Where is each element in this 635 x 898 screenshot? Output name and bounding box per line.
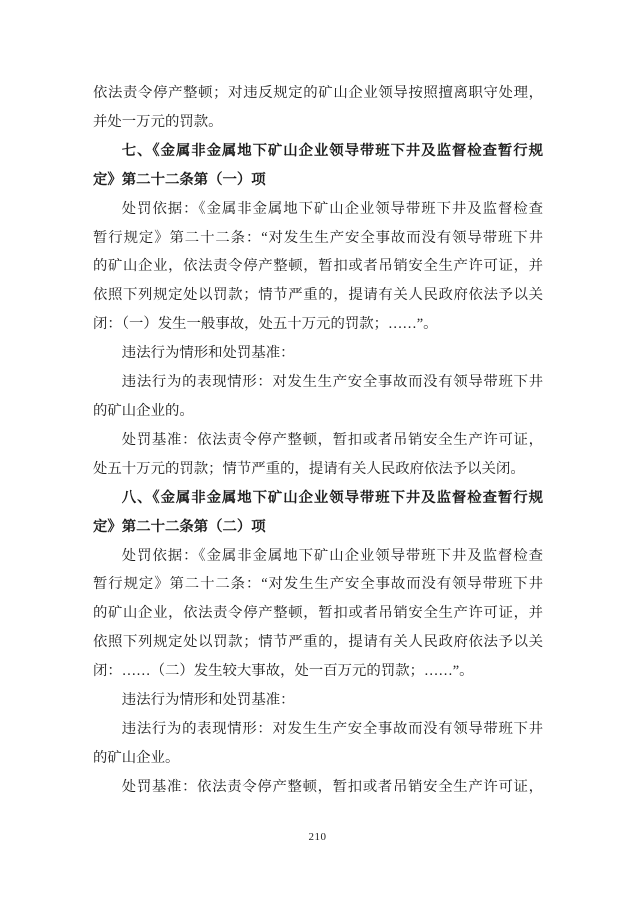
body-line: 闭：……（二）发生较大事故，处一百万元的罚款；……”。 <box>93 657 543 686</box>
body-line: 处罚依据：《金属非金属地下矿山企业领导带班下井及监督检查 <box>93 542 543 571</box>
body-line: 暂行规定》第二十二条：“对发生生产安全事故而没有领导带班下井 <box>93 224 543 253</box>
paragraph: 处罚基准：依法责令停产整顿，暂扣或者吊销安全生产许可证，处五十万元的罚款；情节严… <box>93 426 543 484</box>
body-line: 违法行为情形和处罚基准： <box>93 686 543 715</box>
paragraph: 处罚依据：《金属非金属地下矿山企业领导带班下井及监督检查暂行规定》第二十二条：“… <box>93 195 543 340</box>
paragraph: 处罚依据：《金属非金属地下矿山企业领导带班下井及监督检查暂行规定》第二十二条：“… <box>93 542 543 687</box>
paragraph: 违法行为的表现情形：对发生生产安全事故而没有领导带班下井的矿山企业的。 <box>93 368 543 426</box>
paragraph: 违法行为情形和处罚基准： <box>93 339 543 368</box>
body-line: 的矿山企业。 <box>93 744 543 773</box>
body-line: 依法责令停产整顿；对违反规定的矿山企业领导按照擅离职守处理， <box>93 79 543 108</box>
page-footer: 210 <box>0 827 635 845</box>
body-line: 处罚基准：依法责令停产整顿，暂扣或者吊销安全生产许可证， <box>93 773 543 802</box>
body-line: 处罚依据：《金属非金属地下矿山企业领导带班下井及监督检查 <box>93 195 543 224</box>
heading-line: 定》第二十二条第（一）项 <box>93 166 543 195</box>
body-line: 处罚基准：依法责令停产整顿，暂扣或者吊销安全生产许可证， <box>93 426 543 455</box>
document-page: 依法责令停产整顿；对违反规定的矿山企业领导按照擅离职守处理，并处一万元的罚款。七… <box>0 0 635 898</box>
body-line: 暂行规定》第二十二条：“对发生生产安全事故而没有领导带班下井 <box>93 570 543 599</box>
heading-line: 八、《金属非金属地下矿山企业领导带班下井及监督检查暂行规 <box>93 484 543 513</box>
body-line: 处五十万元的罚款；情节严重的，提请有关人民政府依法予以关闭。 <box>93 455 543 484</box>
paragraph: 违法行为的表现情形：对发生生产安全事故而没有领导带班下井的矿山企业。 <box>93 715 543 773</box>
page-number: 210 <box>309 831 327 843</box>
paragraph: 违法行为情形和处罚基准： <box>93 686 543 715</box>
body-line: 闭：（一）发生一般事故，处五十万元的罚款；……”。 <box>93 310 543 339</box>
body-line: 并处一万元的罚款。 <box>93 108 543 137</box>
heading-line: 七、《金属非金属地下矿山企业领导带班下井及监督检查暂行规 <box>93 137 543 166</box>
body-line: 的矿山企业的。 <box>93 397 543 426</box>
body-line: 违法行为的表现情形：对发生生产安全事故而没有领导带班下井 <box>93 368 543 397</box>
paragraph: 依法责令停产整顿；对违反规定的矿山企业领导按照擅离职守处理，并处一万元的罚款。 <box>93 79 543 137</box>
body-line: 违法行为的表现情形：对发生生产安全事故而没有领导带班下井 <box>93 715 543 744</box>
paragraph: 处罚基准：依法责令停产整顿，暂扣或者吊销安全生产许可证， <box>93 773 543 802</box>
section-heading: 七、《金属非金属地下矿山企业领导带班下井及监督检查暂行规定》第二十二条第（一）项 <box>93 137 543 195</box>
body-line: 的矿山企业，依法责令停产整顿，暂扣或者吊销安全生产许可证，并 <box>93 599 543 628</box>
document-body: 依法责令停产整顿；对违反规定的矿山企业领导按照擅离职守处理，并处一万元的罚款。七… <box>93 79 543 802</box>
heading-line: 定》第二十二条第（二）项 <box>93 513 543 542</box>
body-line: 的矿山企业，依法责令停产整顿，暂扣或者吊销安全生产许可证，并 <box>93 252 543 281</box>
section-heading: 八、《金属非金属地下矿山企业领导带班下井及监督检查暂行规定》第二十二条第（二）项 <box>93 484 543 542</box>
body-line: 依照下列规定处以罚款；情节严重的，提请有关人民政府依法予以关 <box>93 281 543 310</box>
body-line: 依照下列规定处以罚款；情节严重的，提请有关人民政府依法予以关 <box>93 628 543 657</box>
body-line: 违法行为情形和处罚基准： <box>93 339 543 368</box>
